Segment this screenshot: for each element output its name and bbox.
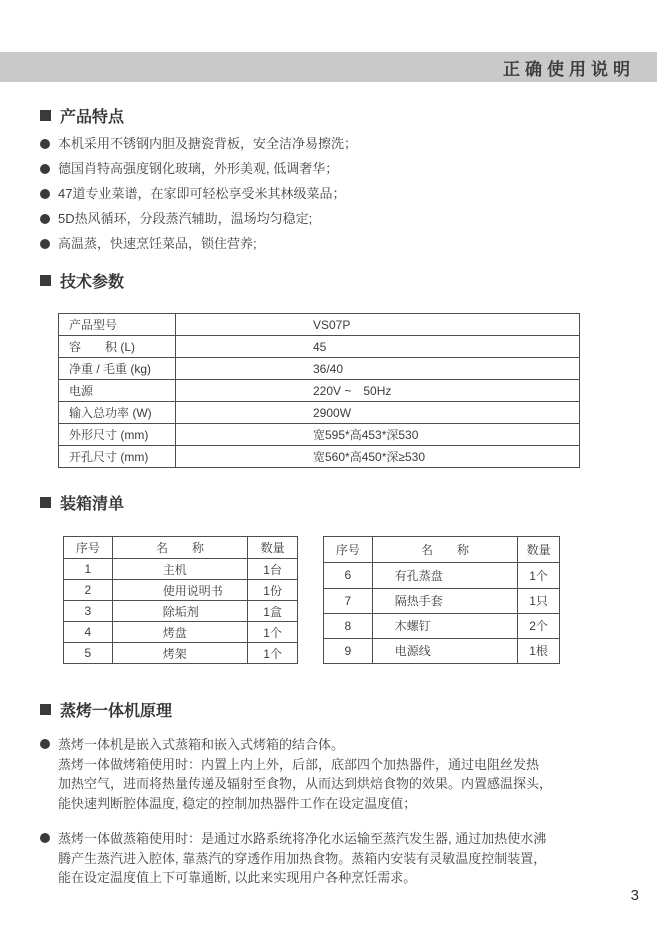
principle-paragraph: 蒸烤一体机是嵌入式蒸箱和嵌入式烤箱的结合体。 蒸烤一体做烤箱使用时：内置上内上外… — [40, 735, 625, 813]
packing-table-right: 序号 名 称 数量 6 有孔蒸盘 1个 7 隔热手套 1只 8 木螺钉 — [323, 536, 560, 664]
spec-label-cell: 净重 / 毛重 (kg) — [59, 358, 176, 380]
page-header-bar: 正确使用说明 — [0, 52, 657, 82]
cell-no: 4 — [64, 622, 113, 643]
spec-value-cell: 宽560*高450*深≥530 — [176, 446, 580, 468]
page-number: 3 — [631, 887, 639, 904]
cell-no: 9 — [324, 638, 373, 663]
cell-no: 2 — [64, 580, 113, 601]
bullet-icon — [40, 214, 50, 224]
cell-no: 5 — [64, 643, 113, 664]
section-heading-packing: 装箱清单 — [40, 491, 625, 514]
section-heading-features: 产品特点 — [40, 104, 625, 127]
specs-table: 产品型号 VS07P 容 积 (L) 45 净重 / 毛重 (kg) 36/40… — [58, 313, 580, 468]
bullet-icon — [40, 833, 50, 843]
bullet-icon — [40, 189, 50, 199]
section-heading-specs: 技术参数 — [40, 269, 625, 292]
feature-item: 本机采用不锈钢内胆及搪瓷背板，安全洁净易擦洗； — [40, 136, 625, 152]
table-row: 外形尺寸 (mm) 宽595*高453*深530 — [59, 424, 580, 446]
packing-header-qty: 数量 — [248, 537, 298, 559]
section-heading-principle: 蒸烤一体机原理 — [40, 698, 625, 721]
table-row: 7 隔热手套 1只 — [324, 588, 560, 613]
packing-header-qty: 数量 — [518, 537, 560, 563]
bullet-icon — [40, 239, 50, 249]
cell-qty: 2个 — [518, 613, 560, 638]
bullet-icon — [40, 139, 50, 149]
section-title-principle: 蒸烤一体机原理 — [60, 698, 172, 721]
cell-no: 8 — [324, 613, 373, 638]
spec-label-cell: 输入总功率 (W) — [59, 402, 176, 424]
section-marker-icon — [40, 497, 51, 508]
table-row: 4 烤盘 1个 — [64, 622, 298, 643]
spec-value-cell: 36/40 — [176, 358, 580, 380]
section-title-packing: 装箱清单 — [60, 491, 124, 514]
cell-name: 隔热手套 — [372, 588, 517, 613]
cell-name: 使用说明书 — [112, 580, 247, 601]
principle-text: 蒸烤一体做蒸箱使用时：是通过水路系统将净化水运输至蒸汽发生器, 通过加热使水沸 … — [58, 829, 546, 888]
page-content: 产品特点 本机采用不锈钢内胆及搪瓷背板，安全洁净易擦洗； 德国肖特高强度钢化玻璃… — [40, 82, 625, 888]
feature-text: 本机采用不锈钢内胆及搪瓷背板，安全洁净易擦洗； — [58, 136, 357, 152]
table-row: 8 木螺钉 2个 — [324, 613, 560, 638]
packing-tables: 序号 名 称 数量 1 主机 1台 2 使用说明书 1份 3 除垢剂 — [63, 536, 625, 664]
principle-paragraph: 蒸烤一体做蒸箱使用时：是通过水路系统将净化水运输至蒸汽发生器, 通过加热使水沸 … — [40, 829, 625, 888]
spec-label-cell: 产品型号 — [59, 314, 176, 336]
packing-header-no: 序号 — [324, 537, 373, 563]
spec-label-cell: 开孔尺寸 (mm) — [59, 446, 176, 468]
cell-name: 除垢剂 — [112, 601, 247, 622]
cell-no: 7 — [324, 588, 373, 613]
cell-name: 电源线 — [372, 638, 517, 663]
table-row: 容 积 (L) 45 — [59, 336, 580, 358]
table-row: 产品型号 VS07P — [59, 314, 580, 336]
feature-item: 德国肖特高强度钢化玻璃，外形美观, 低调奢华； — [40, 161, 625, 177]
table-row: 1 主机 1台 — [64, 559, 298, 580]
cell-qty: 1盒 — [248, 601, 298, 622]
spec-label-cell: 电源 — [59, 380, 176, 402]
cell-qty: 1只 — [518, 588, 560, 613]
table-header-row: 序号 名 称 数量 — [64, 537, 298, 559]
table-row: 6 有孔蒸盘 1个 — [324, 563, 560, 588]
cell-name: 烤架 — [112, 643, 247, 664]
spec-value-cell: 宽595*高453*深530 — [176, 424, 580, 446]
table-row: 2 使用说明书 1份 — [64, 580, 298, 601]
spec-value-cell: 45 — [176, 336, 580, 358]
spec-label-cell: 外形尺寸 (mm) — [59, 424, 176, 446]
feature-text: 德国肖特高强度钢化玻璃，外形美观, 低调奢华； — [58, 161, 338, 177]
cell-qty: 1个 — [518, 563, 560, 588]
packing-table-left: 序号 名 称 数量 1 主机 1台 2 使用说明书 1份 3 除垢剂 — [63, 536, 298, 664]
principle-text: 蒸烤一体机是嵌入式蒸箱和嵌入式烤箱的结合体。 蒸烤一体做烤箱使用时：内置上内上外… — [58, 735, 552, 813]
feature-item: 高温蒸，快速烹饪菜品，锁住营养; — [40, 236, 625, 252]
section-marker-icon — [40, 110, 51, 121]
cell-name: 烤盘 — [112, 622, 247, 643]
table-row: 开孔尺寸 (mm) 宽560*高450*深≥530 — [59, 446, 580, 468]
feature-text: 5D热风循环，分段蒸汽辅助，温场均匀稳定; — [58, 211, 312, 227]
cell-no: 3 — [64, 601, 113, 622]
spec-value-cell: VS07P — [176, 314, 580, 336]
manual-page: 正确使用说明 产品特点 本机采用不锈钢内胆及搪瓷背板，安全洁净易擦洗； 德国肖特… — [0, 0, 664, 932]
table-header-row: 序号 名 称 数量 — [324, 537, 560, 563]
table-row: 9 电源线 1根 — [324, 638, 560, 663]
section-marker-icon — [40, 704, 51, 715]
feature-item: 47道专业菜谱，在家即可轻松享受米其林级菜品； — [40, 186, 625, 202]
page-header-title: 正确使用说明 — [503, 55, 635, 80]
cell-no: 6 — [324, 563, 373, 588]
packing-header-no: 序号 — [64, 537, 113, 559]
cell-name: 主机 — [112, 559, 247, 580]
cell-name: 木螺钉 — [372, 613, 517, 638]
feature-text: 47道专业菜谱，在家即可轻松享受米其林级菜品； — [58, 186, 345, 202]
table-row: 输入总功率 (W) 2900W — [59, 402, 580, 424]
table-row: 3 除垢剂 1盒 — [64, 601, 298, 622]
packing-header-name: 名 称 — [372, 537, 517, 563]
bullet-icon — [40, 164, 50, 174]
section-title-features: 产品特点 — [60, 104, 124, 127]
section-title-specs: 技术参数 — [60, 269, 124, 292]
table-row: 电源 220V ~ 50Hz — [59, 380, 580, 402]
spec-value-cell: 2900W — [176, 402, 580, 424]
section-marker-icon — [40, 275, 51, 286]
spec-label-cell: 容 积 (L) — [59, 336, 176, 358]
cell-no: 1 — [64, 559, 113, 580]
cell-qty: 1根 — [518, 638, 560, 663]
cell-qty: 1台 — [248, 559, 298, 580]
feature-text: 高温蒸，快速烹饪菜品，锁住营养; — [58, 236, 257, 252]
spec-value-cell: 220V ~ 50Hz — [176, 380, 580, 402]
cell-qty: 1个 — [248, 643, 298, 664]
feature-item: 5D热风循环，分段蒸汽辅助，温场均匀稳定; — [40, 211, 625, 227]
bullet-icon — [40, 739, 50, 749]
cell-qty: 1个 — [248, 622, 298, 643]
table-row: 净重 / 毛重 (kg) 36/40 — [59, 358, 580, 380]
packing-header-name: 名 称 — [112, 537, 247, 559]
features-list: 本机采用不锈钢内胆及搪瓷背板，安全洁净易擦洗； 德国肖特高强度钢化玻璃，外形美观… — [40, 136, 625, 252]
cell-qty: 1份 — [248, 580, 298, 601]
cell-name: 有孔蒸盘 — [372, 563, 517, 588]
table-row: 5 烤架 1个 — [64, 643, 298, 664]
